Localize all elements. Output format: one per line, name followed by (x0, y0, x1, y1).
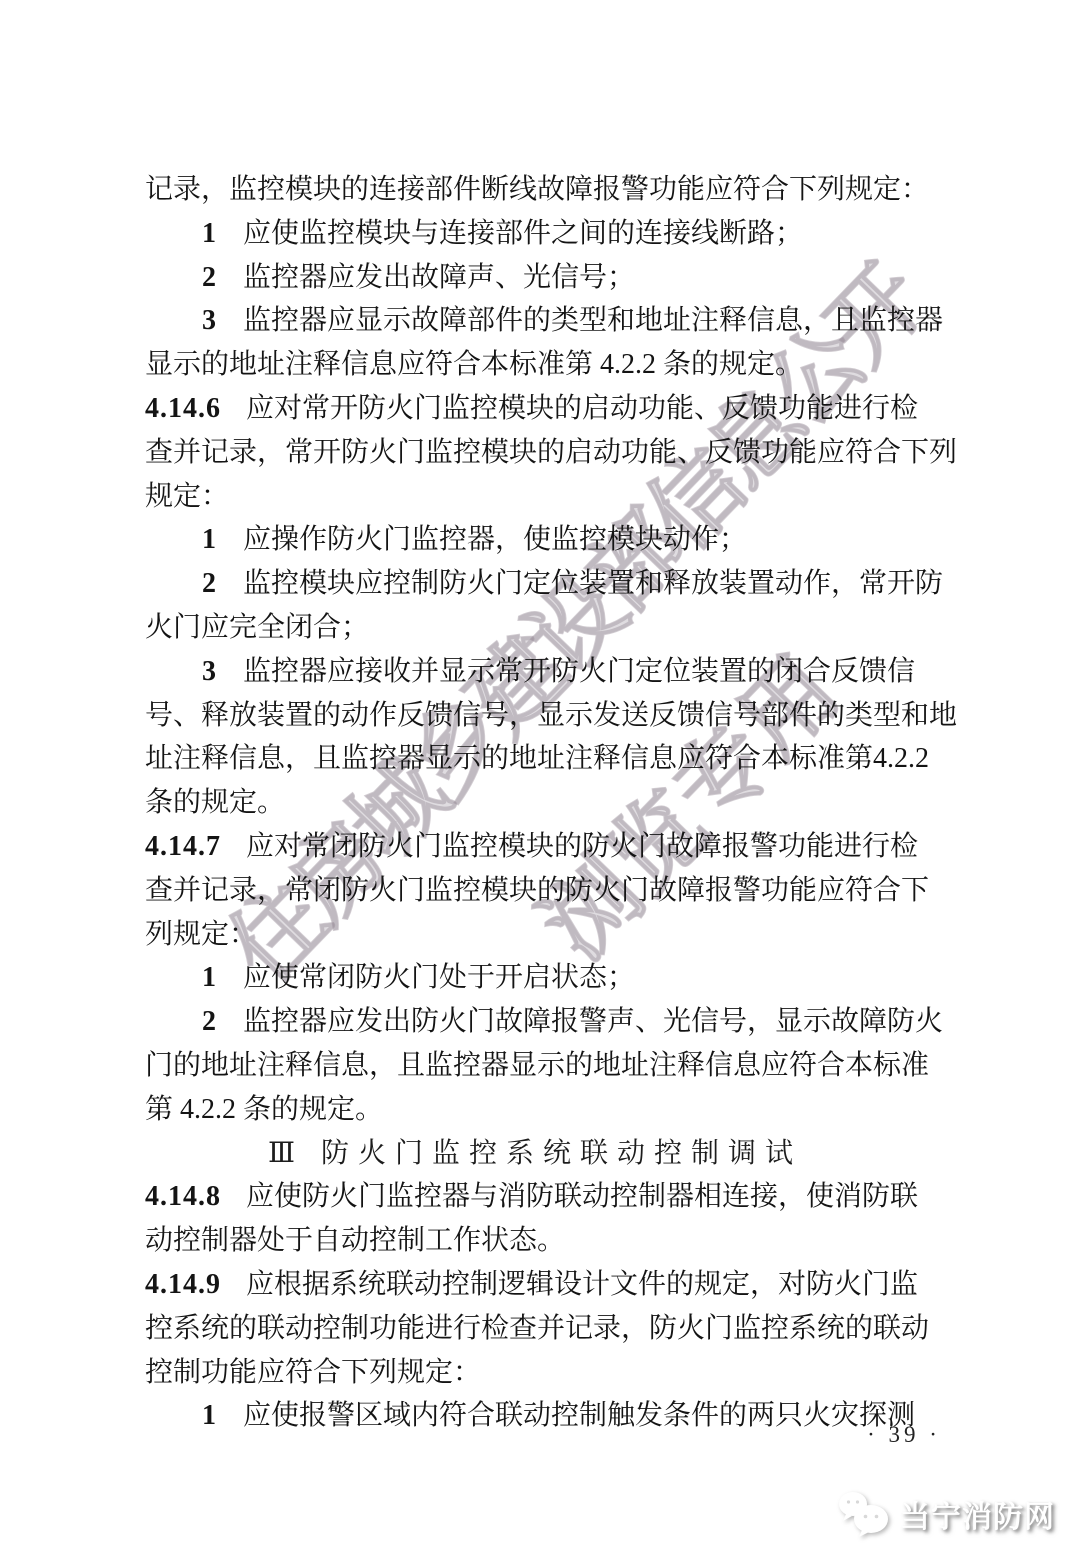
line-text: 应对常闭防火门监控模块的防火门故障报警功能进行检 (246, 831, 918, 862)
line-text: 监控器应接收并显示常开防火门定位装置的闭合反馈信 (243, 656, 915, 687)
brand-name: 当宁消防网 (900, 1492, 1055, 1536)
text-line: 规定： (145, 475, 925, 519)
line-text: 应使报警区域内符合联动控制触发条件的两只火灾探测 (243, 1400, 915, 1431)
text-line: 2监控器应发出故障声、光信号； (145, 256, 925, 300)
line-text: 查并记录，常闭防火门监控模块的防火门故障报警功能应符合下 (145, 875, 929, 906)
text-line: 控制功能应符合下列规定： (145, 1351, 925, 1395)
document-body: 记录，监控模块的连接部件断线故障报警功能应符合下列规定：1应使监控模块与连接部件… (145, 168, 925, 1438)
text-line: 显示的地址注释信息应符合本标准第 4.2.2 条的规定。 (145, 343, 925, 387)
text-line: 1应使报警区域内符合联动控制触发条件的两只火灾探测 (145, 1394, 925, 1438)
text-line: 4.14.7应对常闭防火门监控模块的防火门故障报警功能进行检 (145, 825, 925, 869)
line-text: 列规定： (145, 919, 257, 950)
clause-number: 4.14.8 (145, 1181, 221, 1212)
line-text: 监控模块应控制防火门定位装置和释放装置动作，常开防 (243, 568, 943, 599)
text-line: 址注释信息，且监控器显示的地址注释信息应符合本标准第4.2.2 (145, 737, 925, 781)
line-text: 址注释信息，且监控器显示的地址注释信息应符合本标准第4.2.2 (145, 743, 929, 774)
clause-number: 1 (202, 218, 216, 249)
line-text: 动控制器处于自动控制工作状态。 (145, 1225, 565, 1256)
text-line: 3监控器应显示故障部件的类型和地址注释信息，且监控器 (145, 299, 925, 343)
line-text: 监控器应显示故障部件的类型和地址注释信息，且监控器 (243, 305, 943, 336)
text-line: 门的地址注释信息，且监控器显示的地址注释信息应符合本标准 (145, 1044, 925, 1088)
document-page: 住房城乡建设部信息公开 浏览专用 记录，监控模块的连接部件断线故障报警功能应符合… (0, 0, 1080, 1566)
clause-number: 4.14.9 (145, 1269, 221, 1300)
text-line: 条的规定。 (145, 781, 925, 825)
text-line: 列规定： (145, 913, 925, 957)
text-line: 记录，监控模块的连接部件断线故障报警功能应符合下列规定： (145, 168, 925, 212)
line-text: 应使监控模块与连接部件之间的连接线断路； (243, 218, 803, 249)
text-line: 查并记录，常开防火门监控模块的启动功能、反馈功能应符合下列 (145, 431, 925, 475)
text-line: 2监控模块应控制防火门定位装置和释放装置动作，常开防 (145, 562, 925, 606)
line-text: 规定： (145, 481, 229, 512)
clause-number: 3 (202, 305, 216, 336)
line-text: 防火门监控系统联动控制调试 (321, 1138, 802, 1169)
line-text: 显示的地址注释信息应符合本标准第 4.2.2 条的规定。 (145, 349, 803, 380)
text-line: 4.14.6应对常开防火门监控模块的启动功能、反馈功能进行检 (145, 387, 925, 431)
clause-number: 2 (202, 262, 216, 293)
line-text: 应根据系统联动控制逻辑设计文件的规定，对防火门监 (246, 1269, 918, 1300)
clause-number: 1 (202, 524, 216, 555)
line-text: 应对常开防火门监控模块的启动功能、反馈功能进行检 (246, 393, 918, 424)
brand-logo: 当宁消防网 (836, 1489, 1055, 1539)
line-text: 记录，监控模块的连接部件断线故障报警功能应符合下列规定： (145, 174, 929, 205)
clause-number: 3 (202, 656, 216, 687)
line-text: 应操作防火门监控器，使监控模块动作； (243, 524, 747, 555)
wechat-bubbles-icon (836, 1489, 892, 1539)
line-text: 门的地址注释信息，且监控器显示的地址注释信息应符合本标准 (145, 1050, 929, 1081)
line-text: 号、释放装置的动作反馈信号，显示发送反馈信号部件的类型和地 (145, 700, 957, 731)
text-line: 1应操作防火门监控器，使监控模块动作； (145, 518, 925, 562)
section-heading: Ⅲ防火门监控系统联动控制调试 (145, 1132, 925, 1176)
line-text: 火门应完全闭合； (145, 612, 369, 643)
clause-number: 1 (202, 1400, 216, 1431)
line-text: 监控器应发出防火门故障报警声、光信号，显示故障防火 (243, 1006, 943, 1037)
text-line: 控系统的联动控制功能进行检查并记录，防火门监控系统的联动 (145, 1307, 925, 1351)
clause-number: 4.14.7 (145, 831, 221, 862)
clause-number: 2 (202, 568, 216, 599)
text-line: 动控制器处于自动控制工作状态。 (145, 1219, 925, 1263)
line-text: 监控器应发出故障声、光信号； (243, 262, 635, 293)
text-line: 第 4.2.2 条的规定。 (145, 1088, 925, 1132)
clause-number: 2 (202, 1006, 216, 1037)
text-line: 查并记录，常闭防火门监控模块的防火门故障报警功能应符合下 (145, 869, 925, 913)
heading-numeral: Ⅲ (268, 1138, 295, 1169)
line-text: 应使防火门监控器与消防联动控制器相连接，使消防联 (246, 1181, 918, 1212)
line-text: 第 4.2.2 条的规定。 (145, 1094, 383, 1125)
text-line: 4.14.8应使防火门监控器与消防联动控制器相连接，使消防联 (145, 1175, 925, 1219)
text-line: 4.14.9应根据系统联动控制逻辑设计文件的规定，对防火门监 (145, 1263, 925, 1307)
line-text: 控系统的联动控制功能进行检查并记录，防火门监控系统的联动 (145, 1313, 929, 1344)
text-line: 3监控器应接收并显示常开防火门定位装置的闭合反馈信 (145, 650, 925, 694)
line-text: 控制功能应符合下列规定： (145, 1357, 481, 1388)
clause-number: 4.14.6 (145, 393, 221, 424)
text-line: 号、释放装置的动作反馈信号，显示发送反馈信号部件的类型和地 (145, 694, 925, 738)
text-line: 火门应完全闭合； (145, 606, 925, 650)
line-text: 查并记录，常开防火门监控模块的启动功能、反馈功能应符合下列 (145, 437, 957, 468)
page-number: · 39 · (846, 1422, 962, 1448)
line-text: 应使常闭防火门处于开启状态； (243, 962, 635, 993)
text-line: 2监控器应发出防火门故障报警声、光信号，显示故障防火 (145, 1000, 925, 1044)
line-text: 条的规定。 (145, 787, 285, 818)
clause-number: 1 (202, 962, 216, 993)
text-line: 1应使常闭防火门处于开启状态； (145, 956, 925, 1000)
text-line: 1应使监控模块与连接部件之间的连接线断路； (145, 212, 925, 256)
